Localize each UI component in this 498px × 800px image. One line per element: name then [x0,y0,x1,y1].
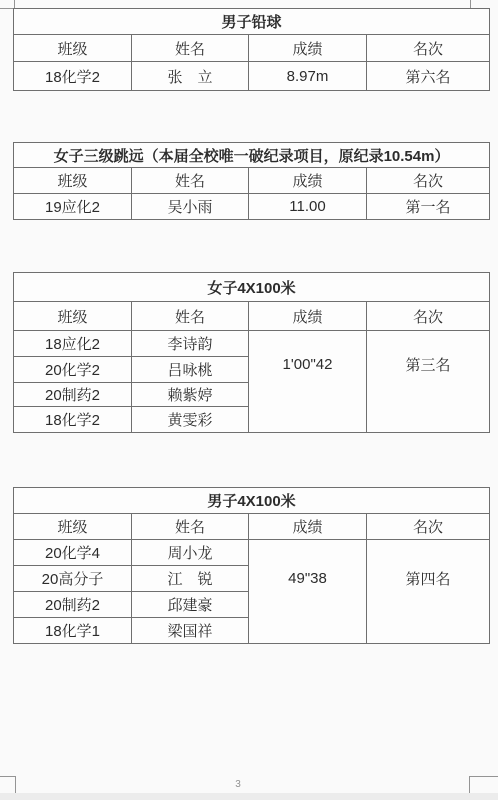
cell-rank-merged: 第四名 [367,540,490,644]
header-class: 班级 [14,302,132,331]
table-title-row: 男子4X100米 [14,488,490,514]
cell-class: 18化学1 [14,618,132,644]
table-title-row: 女子4X100米 [14,273,490,302]
table-title: 男子4X100米 [14,488,490,514]
cell-class: 18化学2 [14,407,132,433]
table-header-row: 班级 姓名 成绩 名次 [14,168,490,194]
table-title: 女子4X100米 [14,273,490,302]
cell-class: 20制药2 [14,383,132,407]
table-title-row: 男子铅球 [14,9,490,35]
header-class: 班级 [14,514,132,540]
page-margin-corner-bottom-left-h [0,776,16,777]
header-name: 姓名 [132,514,249,540]
cell-name: 邱建豪 [132,592,249,618]
table-womens-4x100-relay: 女子4X100米 班级 姓名 成绩 名次 18应化2 李诗韵 1'00"42 第… [13,272,490,433]
page-margin-tick-top-right [470,0,471,8]
header-score: 成绩 [249,35,367,62]
header-rank: 名次 [367,302,490,331]
cell-score: 8.97m [249,62,367,91]
table-row: 20化学4 周小龙 49"38 第四名 [14,540,490,566]
cell-name: 吴小雨 [132,194,249,220]
cell-score-merged: 49"38 [249,540,367,644]
header-class: 班级 [14,35,132,62]
table-title-row: 女子三级跳远（本届全校唯一破纪录项目，原纪录10.54m） [14,143,490,168]
cell-class: 20制药2 [14,592,132,618]
table-row: 18应化2 李诗韵 1'00"42 第三名 [14,331,490,357]
table-mens-shot-put: 男子铅球 班级 姓名 成绩 名次 18化学2 张 立 8.97m 第六名 [13,8,490,91]
header-name: 姓名 [132,35,249,62]
document-page: { "page": { "number": "3" }, "tables": [… [0,0,498,800]
cell-name: 李诗韵 [132,331,249,357]
cell-class: 19应化2 [14,194,132,220]
table-header-row: 班级 姓名 成绩 名次 [14,302,490,331]
header-rank: 名次 [367,35,490,62]
cell-score: 11.00 [249,194,367,220]
header-rank: 名次 [367,168,490,194]
cell-class: 20化学4 [14,540,132,566]
cell-rank: 第一名 [367,194,490,220]
table-row: 18化学2 张 立 8.97m 第六名 [14,62,490,91]
table-womens-triple-jump: 女子三级跳远（本届全校唯一破纪录项目，原纪录10.54m） 班级 姓名 成绩 名… [13,142,490,220]
cell-name: 黄雯彩 [132,407,249,433]
cell-rank: 第六名 [367,62,490,91]
page-number: 3 [228,779,248,790]
cell-class: 20高分子 [14,566,132,592]
cell-name: 张 立 [132,62,249,91]
table-header-row: 班级 姓名 成绩 名次 [14,514,490,540]
cell-name: 江 锐 [132,566,249,592]
table-title: 女子三级跳远（本届全校唯一破纪录项目，原纪录10.54m） [14,143,490,168]
table-mens-4x100-relay: 男子4X100米 班级 姓名 成绩 名次 20化学4 周小龙 49"38 第四名… [13,487,490,644]
cell-name: 赖紫婷 [132,383,249,407]
page-gap-band [0,793,498,800]
header-score: 成绩 [249,514,367,540]
cell-name: 梁国祥 [132,618,249,644]
header-rank: 名次 [367,514,490,540]
table-row: 19应化2 吴小雨 11.00 第一名 [14,194,490,220]
table-header-row: 班级 姓名 成绩 名次 [14,35,490,62]
cell-name: 周小龙 [132,540,249,566]
cell-class: 18应化2 [14,331,132,357]
cell-score-merged: 1'00"42 [249,331,367,433]
header-score: 成绩 [249,302,367,331]
page-margin-tick-top-left [14,0,15,8]
header-name: 姓名 [132,302,249,331]
header-score: 成绩 [249,168,367,194]
header-class: 班级 [14,168,132,194]
cell-name: 吕咏桃 [132,357,249,383]
cell-class: 20化学2 [14,357,132,383]
cell-rank-merged: 第三名 [367,331,490,433]
header-name: 姓名 [132,168,249,194]
table-title: 男子铅球 [14,9,490,35]
page-margin-corner-bottom-right-h [469,776,498,777]
cell-class: 18化学2 [14,62,132,91]
